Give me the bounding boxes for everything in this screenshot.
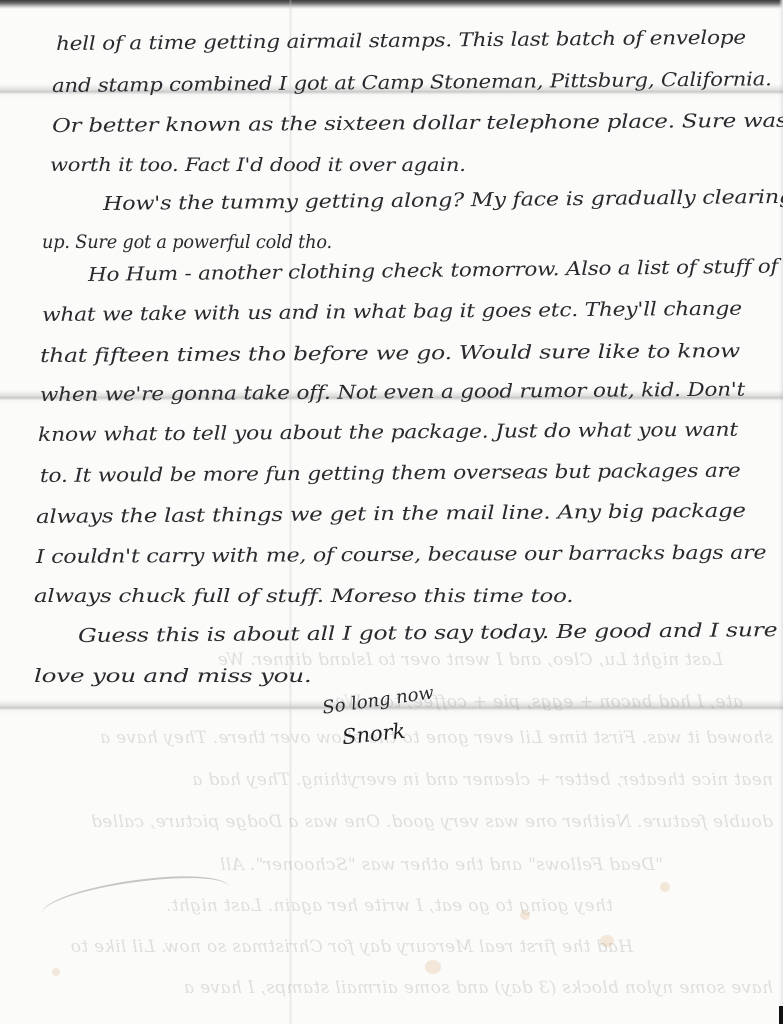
letter-line: love you and miss you. xyxy=(34,665,311,687)
letter-line: How's the tummy getting along? My face i… xyxy=(103,186,783,215)
letter-line: up. Sure got a powerful cold tho. xyxy=(42,231,332,253)
letter-line: Guess this is about all I got to say tod… xyxy=(78,619,778,647)
letter-line: always the last things we get in the mai… xyxy=(36,500,746,528)
letter-line: when we're gonna take off. Not even a go… xyxy=(40,379,745,406)
letter-line: hell of a time getting airmail stamps. T… xyxy=(56,27,746,55)
letter-line: always chuck full of stuff. Moreso this … xyxy=(34,585,573,607)
letter-line: Or better known as the sixteen dollar te… xyxy=(52,110,783,137)
letter-line: and stamp combined I got at Camp Stonema… xyxy=(52,68,772,97)
letter-closing: So long now xyxy=(321,682,435,718)
letter-body: hell of a time getting airmail stamps. T… xyxy=(0,0,783,1024)
letter-signature: Snork xyxy=(341,719,406,749)
letter-line: know what to tell you about the package.… xyxy=(38,419,738,446)
letter-line: what we take with us and in what bag it … xyxy=(42,298,742,326)
letter-page: Last night Lu, Cleo, and I went over to … xyxy=(0,0,783,1024)
letter-line: worth it too. Fact I'd dood it over agai… xyxy=(50,154,466,176)
letter-line: Ho Hum - another clothing check tomorrow… xyxy=(88,255,779,286)
letter-line: that fifteen times tho before we go. Wou… xyxy=(40,340,740,367)
letter-line: I couldn't carry with me, of course, bec… xyxy=(36,542,766,568)
letter-line: to. It would be more fun getting them ov… xyxy=(40,460,741,487)
